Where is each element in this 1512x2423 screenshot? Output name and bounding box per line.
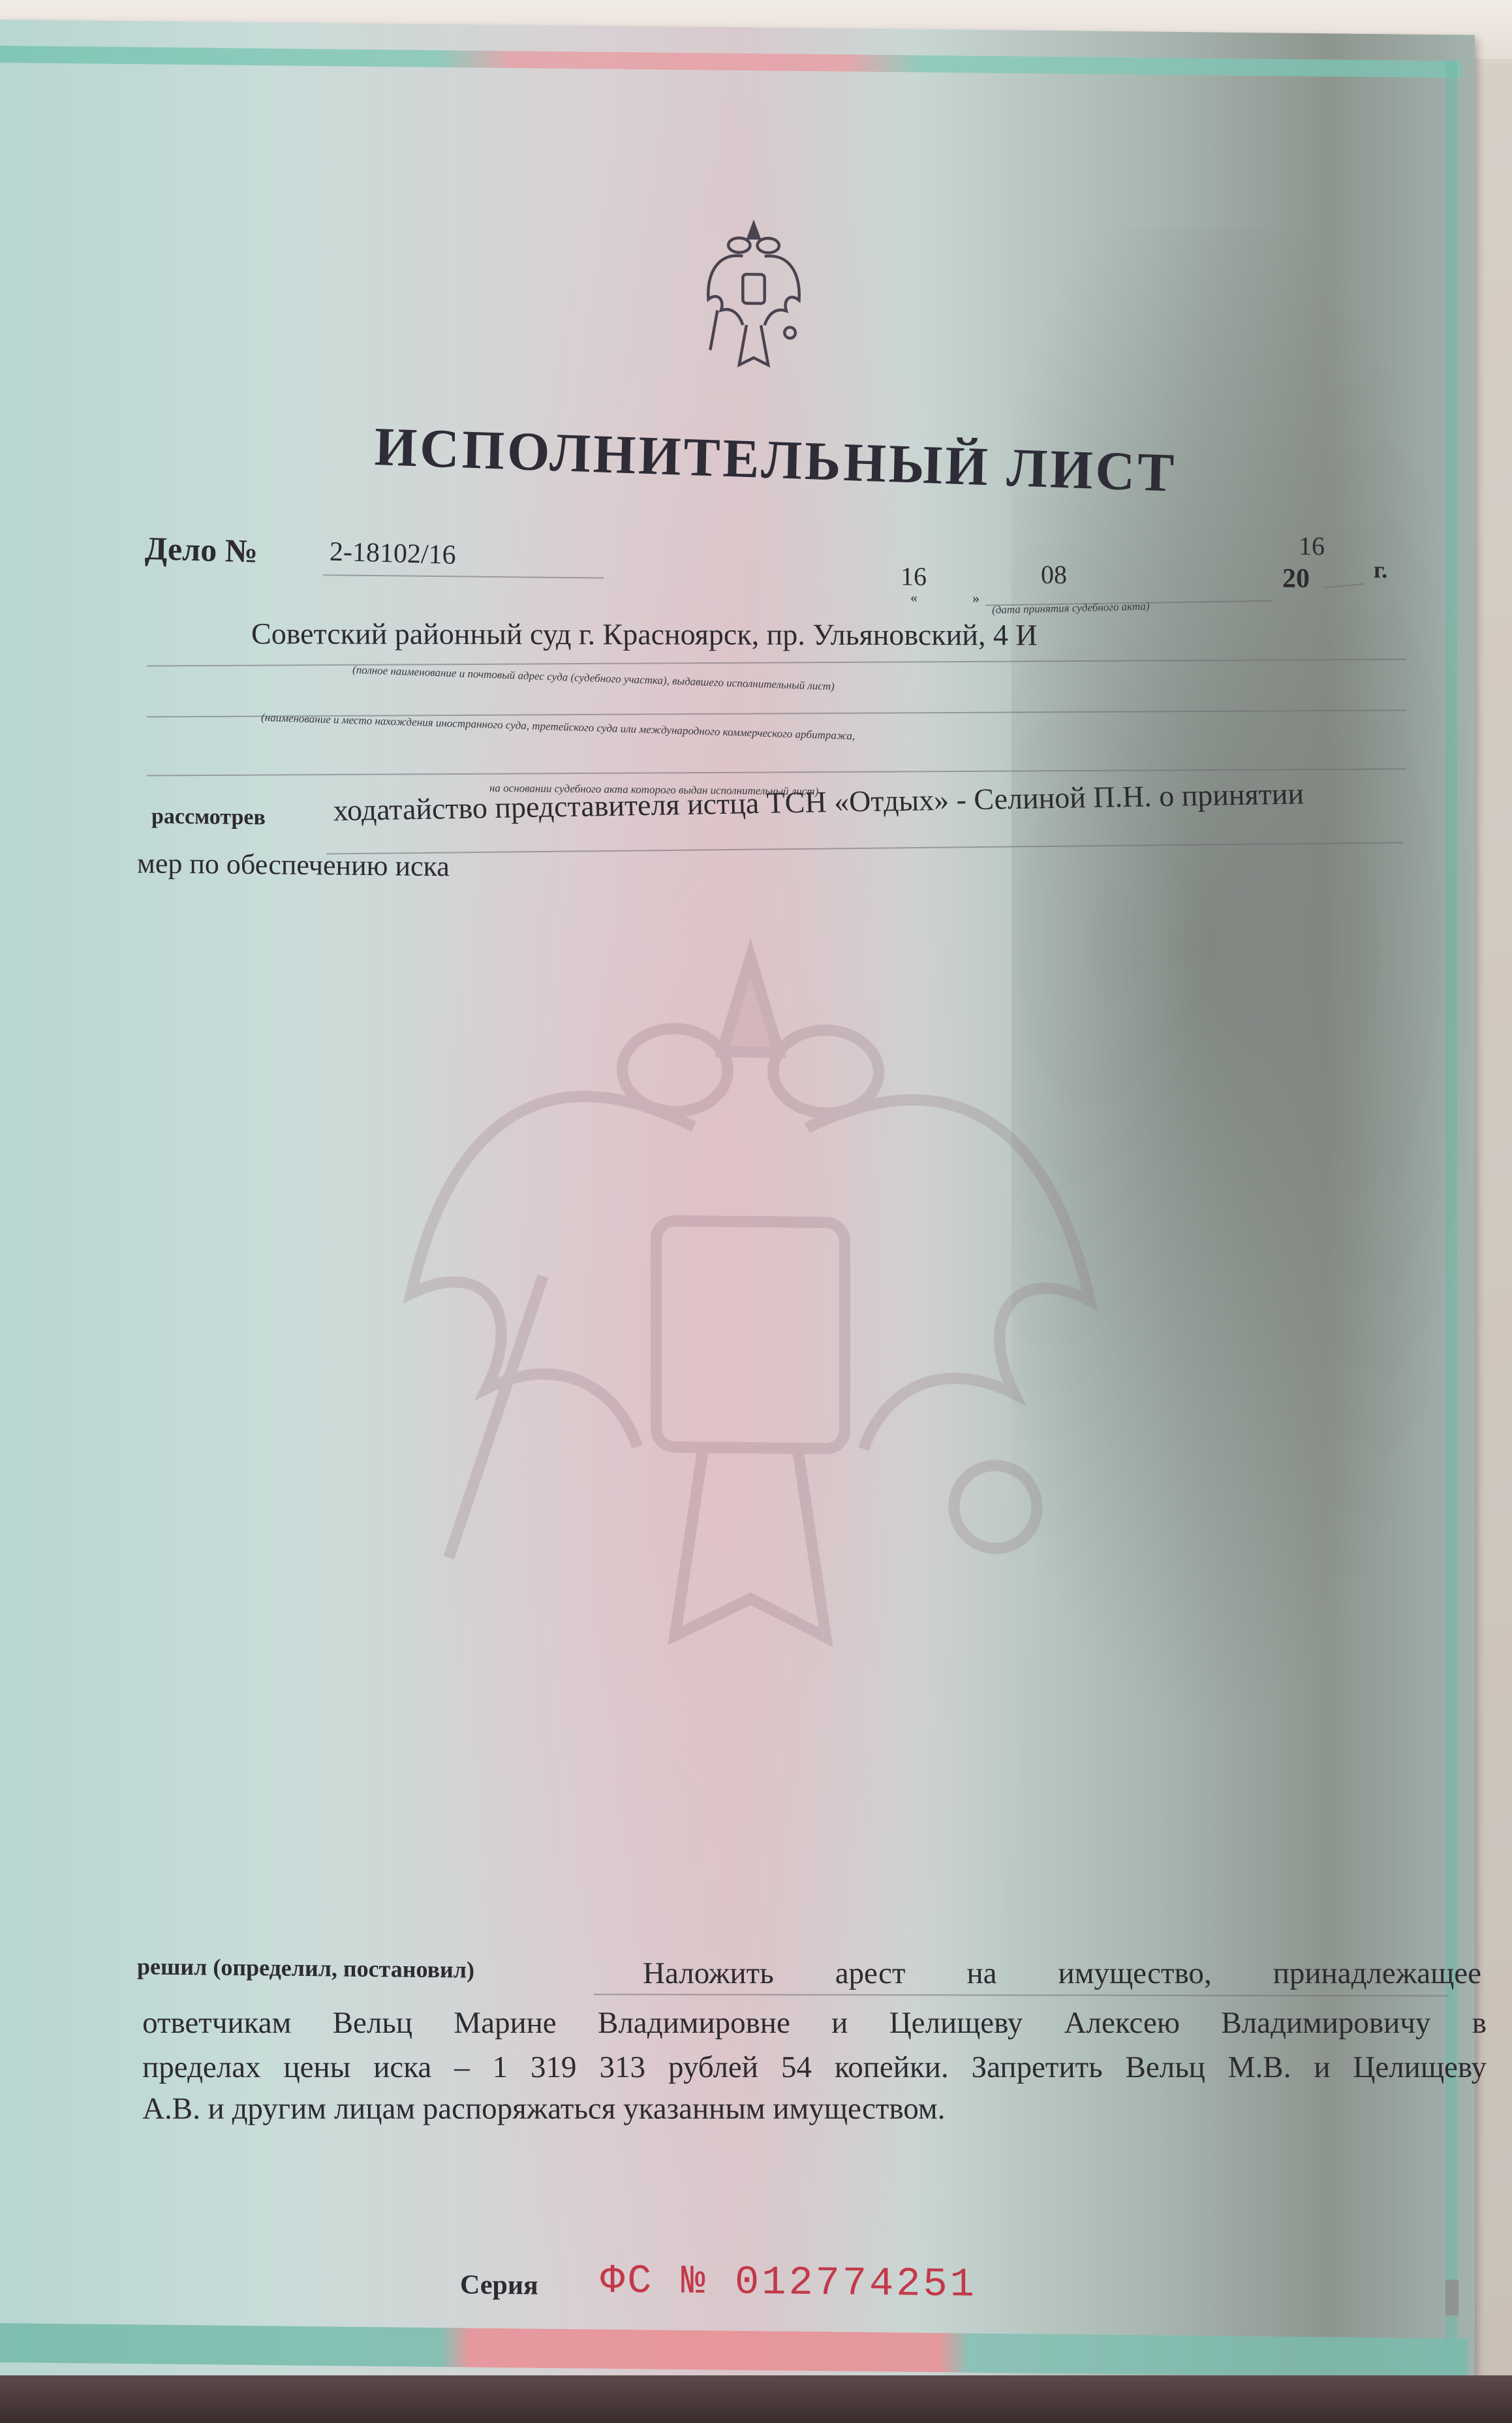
top-border-stripe bbox=[0, 46, 1462, 78]
case-label: Дело № bbox=[145, 529, 258, 570]
russian-coat-of-arms-icon bbox=[698, 219, 809, 384]
considered-text-line1: ходатайство представителя истца ТСН «Отд… bbox=[333, 776, 1304, 827]
background-surface bbox=[0, 2375, 1512, 2423]
writ-of-execution-sheet: ИСПОЛНИТЕЛЬНЫЙ ЛИСТ Дело № 2-18102/16 16… bbox=[0, 20, 1475, 2398]
foreign-court-caption: (наименование и место нахождения иностра… bbox=[261, 711, 855, 743]
date-year-suffix: 16 bbox=[1299, 531, 1325, 561]
case-number-underline bbox=[323, 574, 604, 579]
case-number: 2-18102/16 bbox=[330, 536, 456, 571]
decided-underline bbox=[594, 1994, 1449, 1996]
decided-text-line3: пределах цены иска – 1 319 313 рублей 54… bbox=[142, 2050, 1487, 2085]
considered-underline bbox=[326, 842, 1403, 854]
court-name-address: Советский районный суд г. Красноярск, пр… bbox=[251, 616, 1038, 652]
series-label: Серия bbox=[460, 2269, 538, 2301]
considered-text-line2: мер по обеспечению иска bbox=[137, 846, 450, 883]
date-year-prefix: 20 bbox=[1282, 563, 1310, 594]
court-caption: (полное наименование и почтовый адрес су… bbox=[352, 664, 835, 694]
photo-scene: ИСПОЛНИТЕЛЬНЫЙ ЛИСТ Дело № 2-18102/16 16… bbox=[0, 0, 1512, 2423]
decided-label: решил (определил, постановил) bbox=[137, 1952, 474, 1983]
date-month: 08 bbox=[1041, 559, 1067, 590]
court-underline bbox=[147, 658, 1406, 666]
decided-text-line2: ответчикам Вельц Марине Владимировне и Ц… bbox=[142, 2005, 1487, 2041]
corner-mark bbox=[1445, 2279, 1458, 2315]
coat-of-arms-watermark-icon bbox=[372, 878, 1129, 1735]
date-year-underline bbox=[1325, 583, 1364, 589]
considered-label: рассмотрев bbox=[151, 804, 266, 830]
date-open-quote: « bbox=[910, 589, 918, 606]
basis-underline bbox=[147, 768, 1406, 776]
date-day: 16 bbox=[901, 561, 927, 591]
decided-text-line1: Наложить арест на имущество, принадлежащ… bbox=[643, 1956, 1481, 1991]
bottom-border-stripe bbox=[0, 2323, 1468, 2378]
decided-text-line4: А.В. и другим лицам распоряжаться указан… bbox=[142, 2091, 946, 2127]
date-year-unit: г. bbox=[1374, 556, 1387, 583]
date-caption: (дата принятия судебного акта) bbox=[992, 600, 1150, 617]
series-number: ФС № 012774251 bbox=[600, 2258, 977, 2308]
date-close-quote: » bbox=[972, 590, 980, 607]
document-title: ИСПОЛНИТЕЛЬНЫЙ ЛИСТ bbox=[374, 415, 1177, 505]
